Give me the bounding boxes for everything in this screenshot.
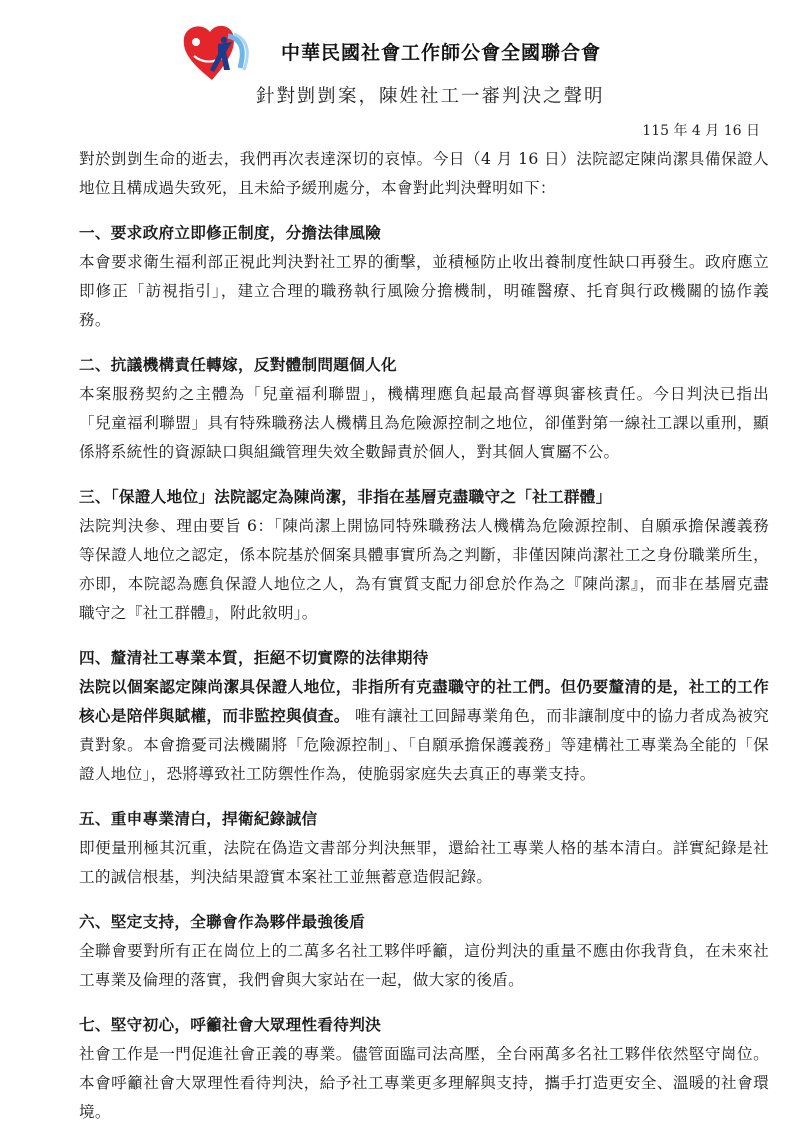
section-4: 四、釐清社工專業本質，拒絕不切實際的法律期待 法院以個案認定陳尚潔具保證人地位，… [79,644,769,789]
section-1: 一、要求政府立即修正制度，分擔法律風險 本會要求衛生福利部正視此判決對社工界的衝… [79,219,769,335]
document-title: 針對剴剴案，陳姓社工一審判決之聲明 [256,82,605,108]
section-heading: 一、要求政府立即修正制度，分擔法律風險 [79,219,769,248]
section-heading: 三、「保證人地位」法院認定為陳尚潔，非指在基層克盡職守之「社工群體」 [79,483,769,512]
section-6: 六、堅定支持，全聯會作為夥伴最強後盾 全聯會要對所有正在崗位上的二萬多名社工夥伴… [79,908,769,995]
section-body: 法院判決參、理由要旨 6：「陳尚潔上開協同特殊職務法人機構為危險源控制、自願承擔… [79,512,769,628]
section-heading: 七、堅守初心，呼籲社會大眾理性看待判決 [79,1011,769,1040]
organization-logo-icon [182,22,254,84]
document-date: 115 年 4 月 16 日 [642,120,760,140]
section-heading: 六、堅定支持，全聯會作為夥伴最強後盾 [79,908,769,937]
organization-name: 中華民國社會工作師公會全國聯合會 [281,38,601,65]
section-5: 五、重申專業清白，捍衛紀錄誠信 即便量刑極其沉重，法院在偽造文書部分判決無罪，還… [79,805,769,892]
document-body: 對於剴剴生命的逝去，我們再次表達深切的哀悼。今日（4 月 16 日）法院認定陳尚… [79,145,769,1127]
section-3: 三、「保證人地位」法院認定為陳尚潔，非指在基層克盡職守之「社工群體」 法院判決參… [79,483,769,628]
section-heading: 五、重申專業清白，捍衛紀錄誠信 [79,805,769,834]
section-body: 法院以個案認定陳尚潔具保證人地位，非指所有克盡職守的社工們。但仍要釐清的是，社工… [79,673,769,789]
section-body: 即便量刑極其沉重，法院在偽造文書部分判決無罪，還給社工專業人格的基本清白。詳實紀… [79,834,769,892]
section-7: 七、堅守初心，呼籲社會大眾理性看待判決 社會工作是一門促進社會正義的專業。儘管面… [79,1011,769,1127]
section-body: 全聯會要對所有正在崗位上的二萬多名社工夥伴呼籲，這份判決的重量不應由你我背負，在… [79,937,769,995]
section-body: 本會要求衛生福利部正視此判決對社工界的衝擊，並積極防止收出養制度性缺口再發生。政… [79,248,769,335]
section-heading: 二、抗議機構責任轉嫁，反對體制問題個人化 [79,351,769,380]
section-2: 二、抗議機構責任轉嫁，反對體制問題個人化 本案服務契約之主體為「兒童福利聯盟」，… [79,351,769,467]
section-body: 本案服務契約之主體為「兒童福利聯盟」，機構理應負起最高督導與審核責任。今日判決已… [79,380,769,467]
section-body: 社會工作是一門促進社會正義的專業。儘管面臨司法高壓，全台兩萬多名社工夥伴依然堅守… [79,1040,769,1127]
intro-paragraph: 對於剴剴生命的逝去，我們再次表達深切的哀悼。今日（4 月 16 日）法院認定陳尚… [79,145,769,203]
section-heading: 四、釐清社工專業本質，拒絕不切實際的法律期待 [79,644,769,673]
